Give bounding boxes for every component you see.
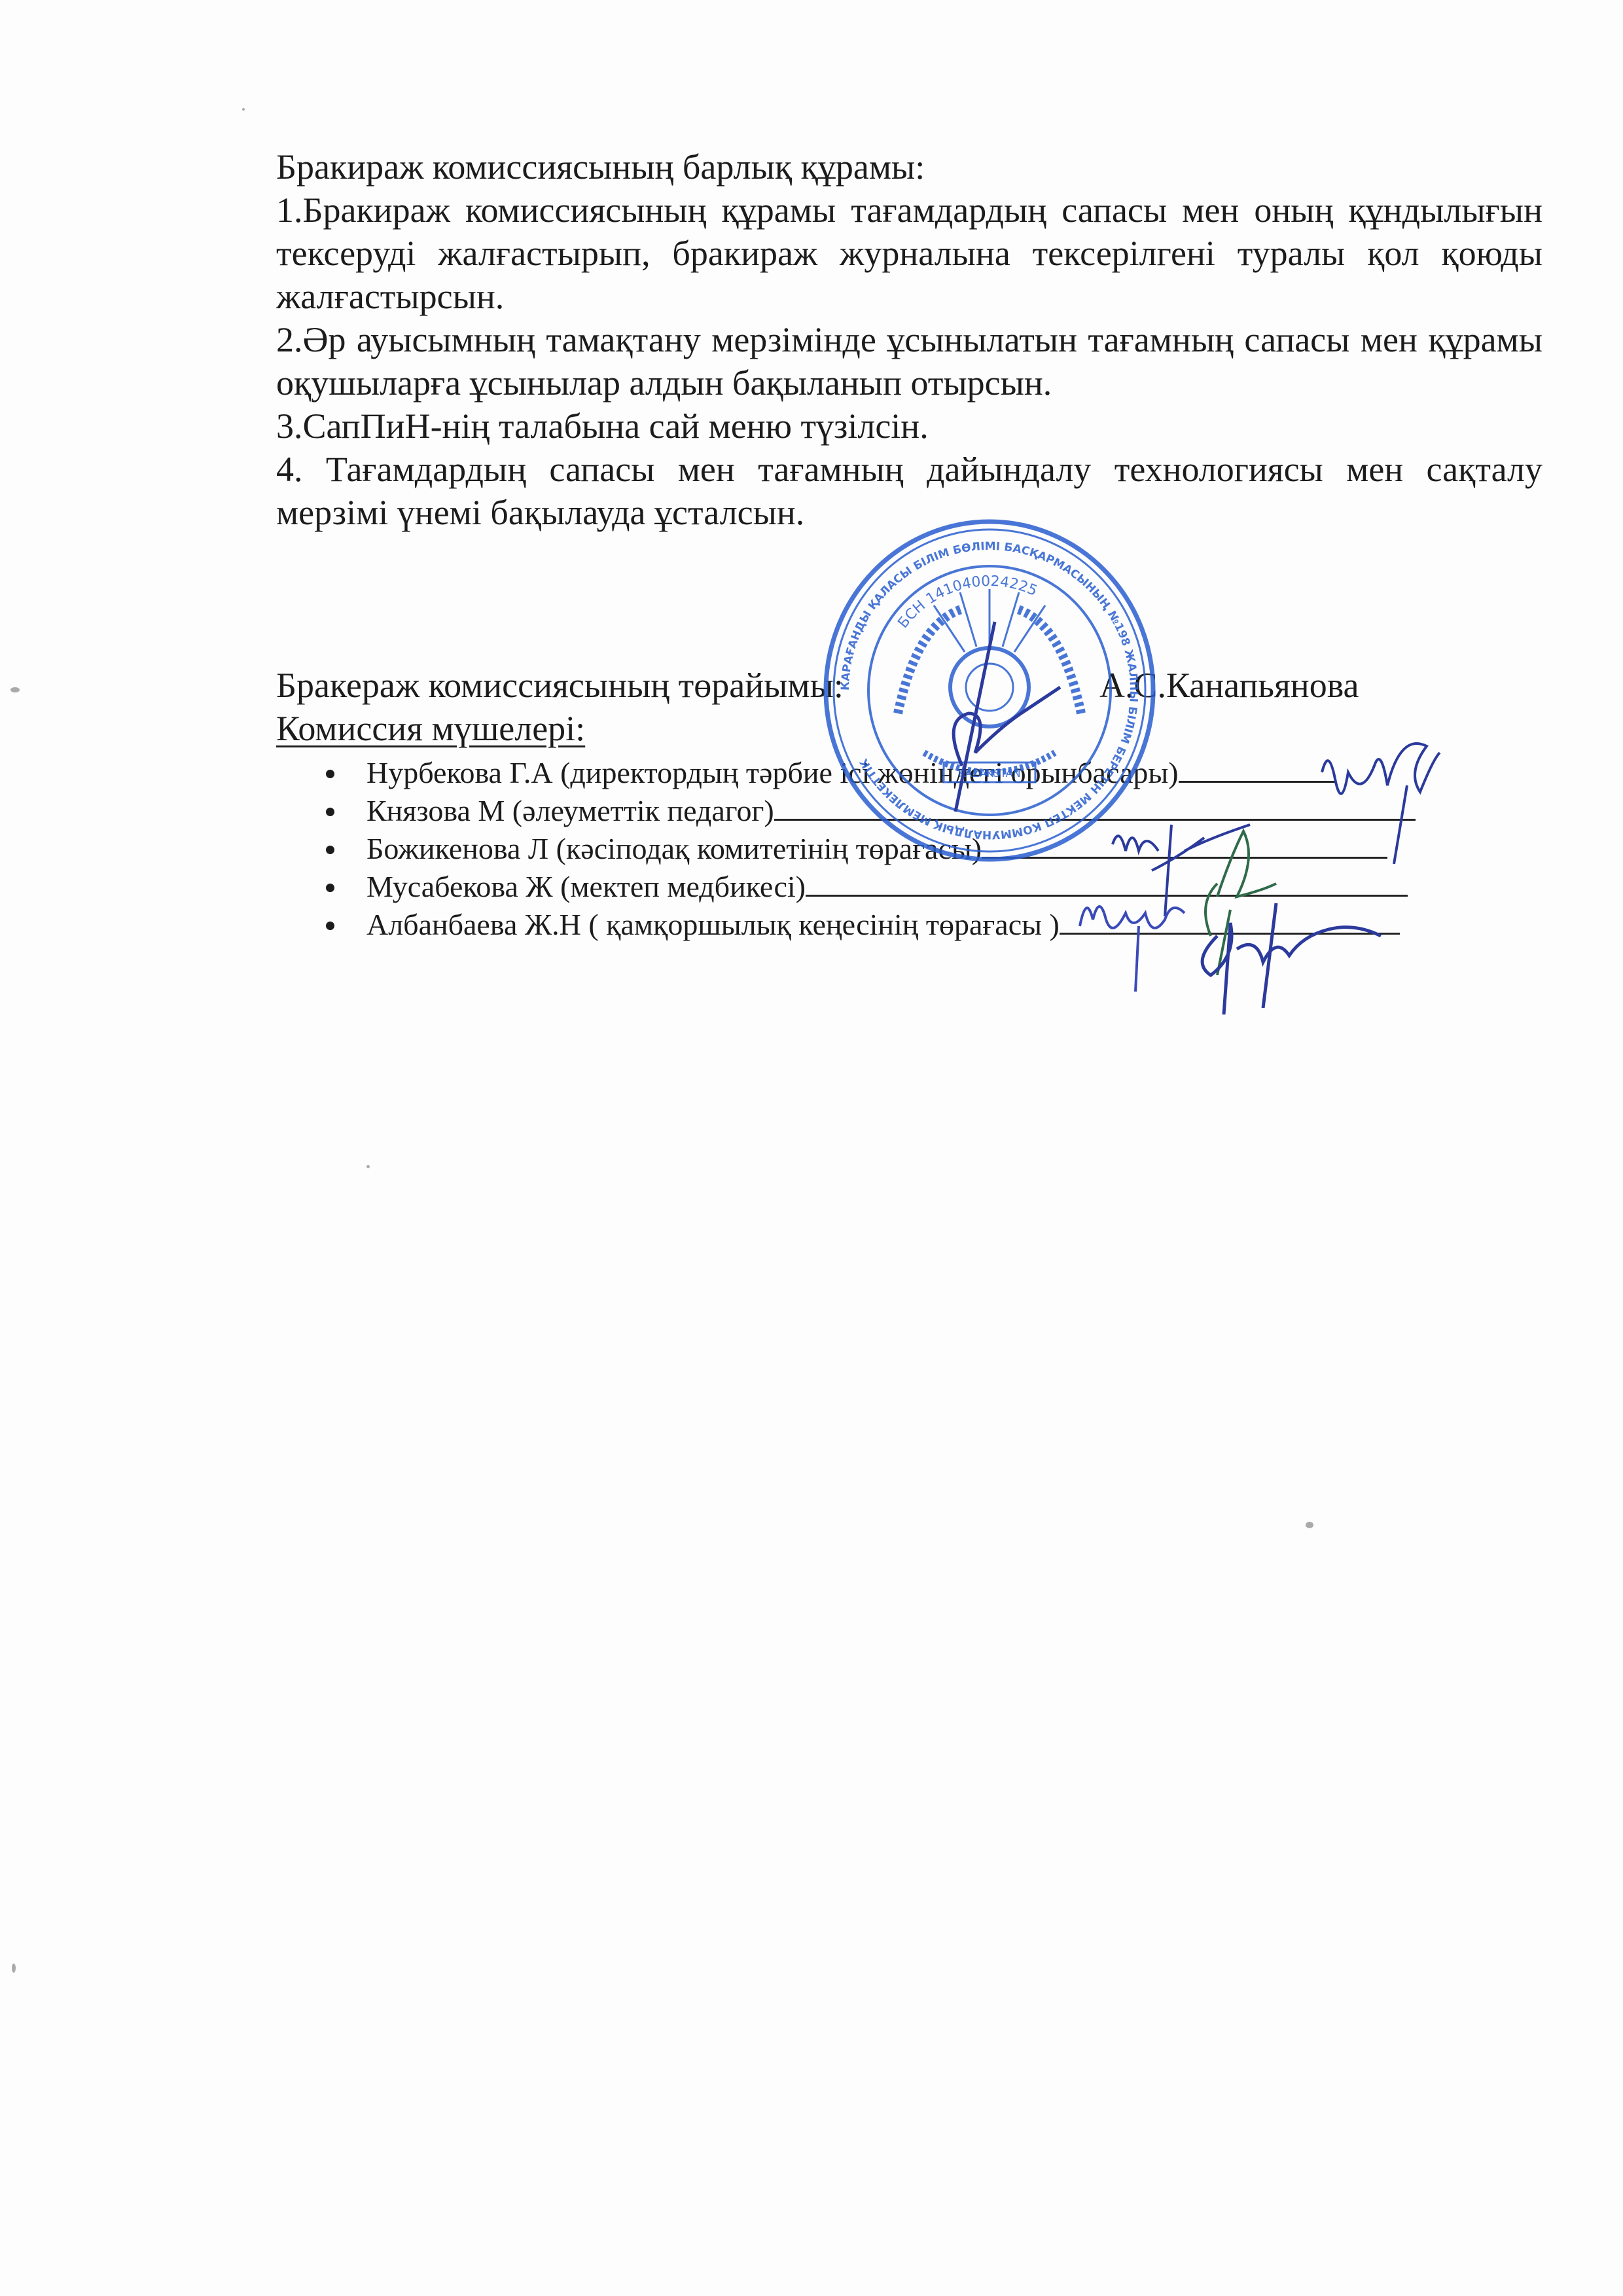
scan-speck (1306, 1522, 1313, 1528)
item-4: 4. Тағамдардың сапасы мен тағамның дайын… (276, 448, 1543, 534)
scan-speck (366, 1165, 370, 1168)
item-3: 3.СапПиН-нің талабына сай меню түзілсін. (276, 404, 1543, 448)
members-list: Нурбекова Г.А (директордың тәрбие ісі жө… (276, 754, 1543, 944)
scan-speck (12, 1964, 16, 1973)
chair-name: А.С.Канапьянова (1099, 664, 1359, 707)
bullet-icon (326, 846, 334, 854)
member-text: Божикенова Л (кәсіподақ комитетінің төра… (366, 830, 982, 868)
signature-line (774, 793, 1416, 821)
chair-label: Бракераж комиссиясының төрайымы: (276, 664, 844, 707)
bullet-icon (326, 884, 334, 892)
member-text: Нурбекова Г.А (директордың тәрбие ісі жө… (366, 754, 1179, 792)
bullet-icon (326, 770, 334, 778)
member-text: Албанбаева Ж.Н ( қамқоршылық кеңесінің т… (366, 906, 1060, 944)
chair-row: Бракераж комиссиясының төрайымы: А.С.Кан… (276, 664, 1543, 707)
member-item: Нурбекова Г.А (директордың тәрбие ісі жө… (276, 754, 1543, 792)
member-item: Князова М (әлеуметтік педагог) (276, 792, 1543, 830)
item-2: 2.Әр ауысымның тамақтану мерзімінде ұсын… (276, 318, 1543, 404)
spacer (276, 534, 1543, 664)
member-item: Божикенова Л (кәсіподақ комитетінің төра… (276, 830, 1543, 868)
member-item: Албанбаева Ж.Н ( қамқоршылық кеңесінің т… (276, 906, 1543, 944)
scanned-page: Бракираж комиссиясының барлық құрамы: 1.… (0, 0, 1623, 2296)
document-body: Бракираж комиссиясының барлық құрамы: 1.… (276, 145, 1543, 944)
members-title: Комиссия мүшелері: (276, 707, 1543, 750)
scan-speck (10, 687, 20, 692)
bullet-icon (326, 922, 334, 930)
signature-line (1179, 755, 1336, 783)
document-heading: Бракираж комиссиясының барлық құрамы: (276, 145, 1543, 188)
member-text: Князова М (әлеуметтік педагог) (366, 792, 774, 830)
item-1: 1.Бракираж комиссиясының құрамы тағамдар… (276, 188, 1543, 318)
member-text: Мусабекова Ж (мектеп медбикесі) (366, 868, 806, 906)
signature-line (806, 869, 1408, 897)
signature-line (1060, 906, 1400, 935)
signature-line (982, 831, 1387, 859)
scan-speck (242, 108, 245, 111)
bullet-icon (326, 808, 334, 816)
member-item: Мусабекова Ж (мектеп медбикесі) (276, 868, 1543, 906)
